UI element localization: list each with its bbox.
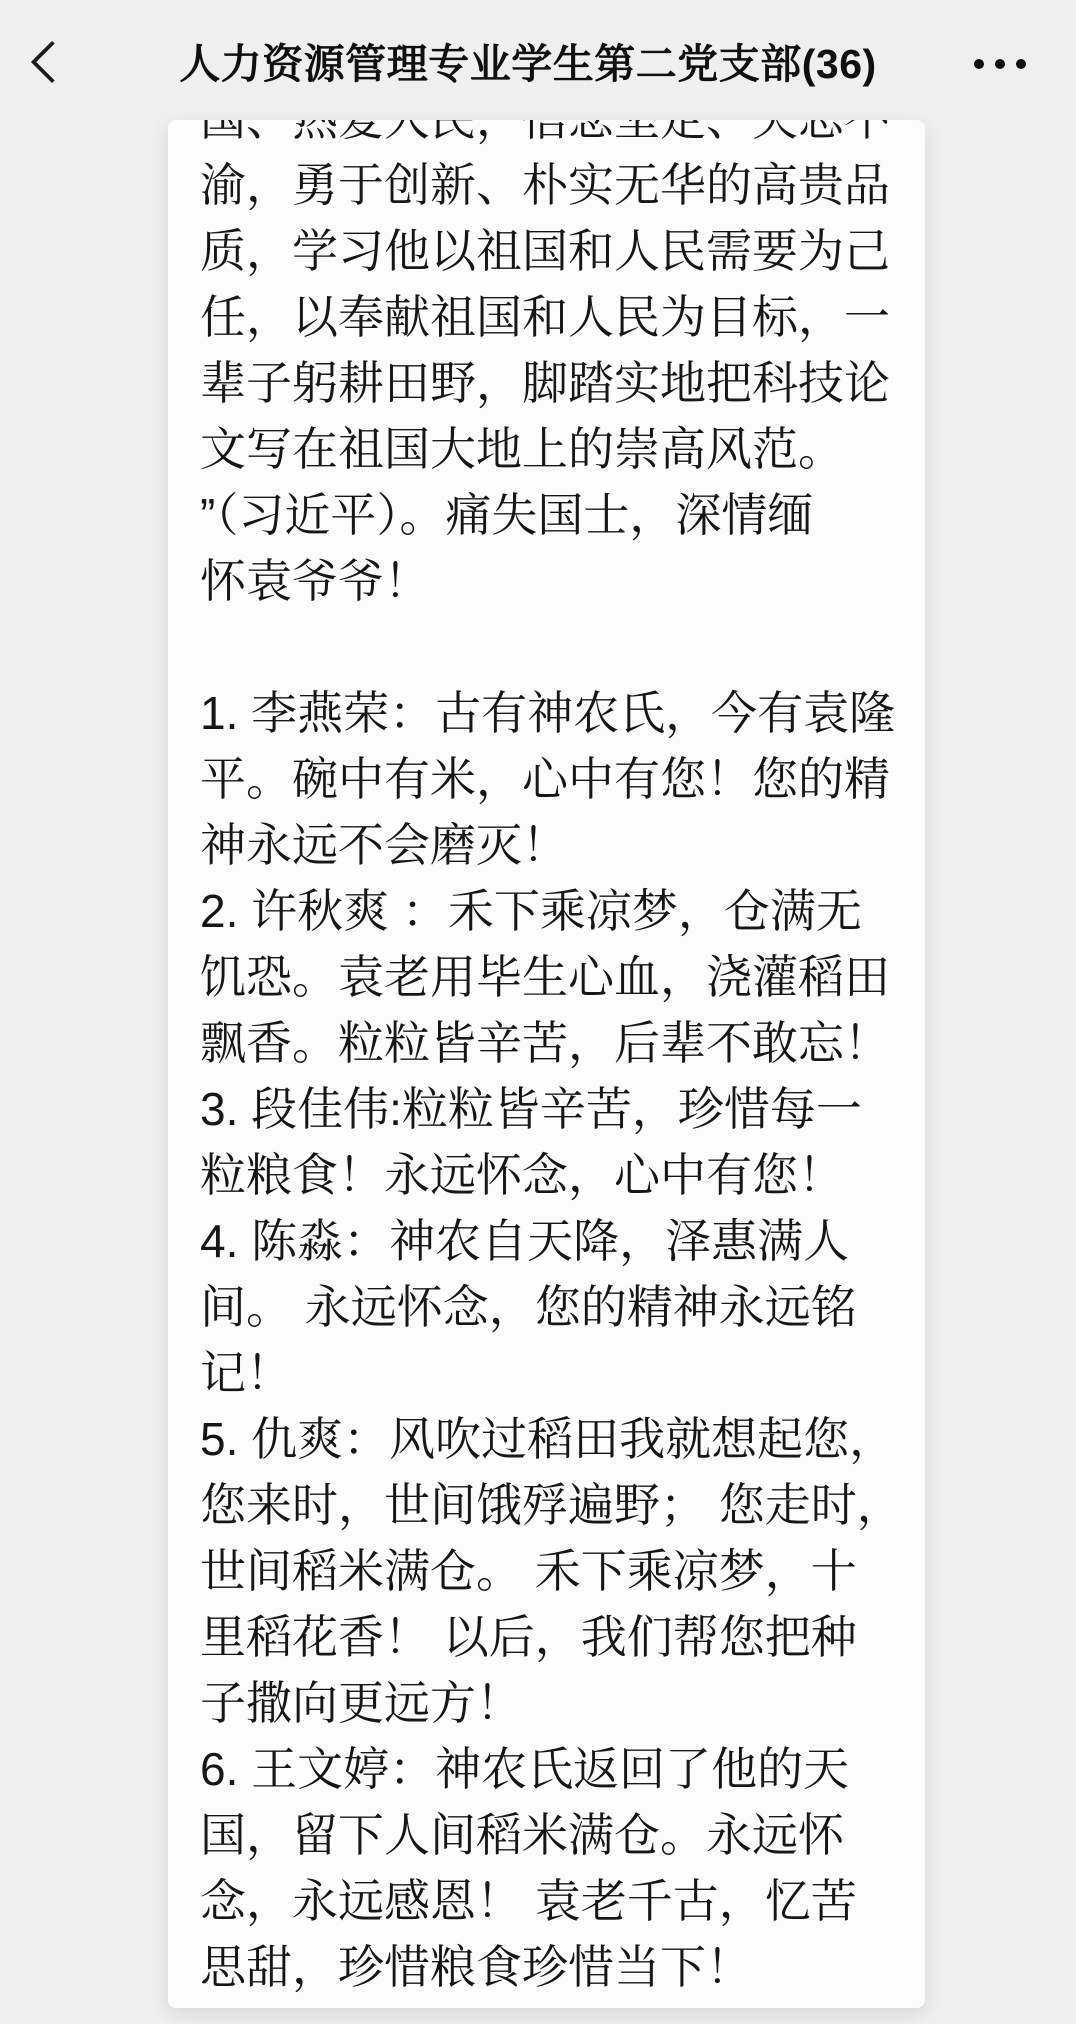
message-line: 飘香。粒粒皆辛苦，后辈不敢忘！ bbox=[200, 1010, 899, 1076]
more-button[interactable] bbox=[960, 36, 1040, 92]
message-line: 粒粮食！永远怀念，心中有您！ bbox=[200, 1142, 899, 1208]
message-line: 渝，勇于创新、朴实无华的高贵品 bbox=[200, 152, 899, 218]
message-line: 思甜，珍惜粮食珍惜当下！ bbox=[200, 1934, 899, 2000]
message-line: 国，留下人间稻米满仓。永远怀 bbox=[200, 1802, 899, 1868]
message-line: 辈子躬耕田野，脚踏实地把科技论 bbox=[200, 350, 899, 416]
message-line: 5. 仇爽：风吹过稻田我就想起您， bbox=[200, 1406, 899, 1472]
message-line: 子撒向更远方！ bbox=[200, 1670, 899, 1736]
ellipsis-icon bbox=[974, 59, 984, 69]
message-line: 里稻花香！ 以后，我们帮您把种 bbox=[200, 1604, 899, 1670]
message-line: 神永远不会磨灭！ bbox=[200, 812, 899, 878]
message-line: 6. 王文婷：神农氏返回了他的天 bbox=[200, 1736, 899, 1802]
message-line: 质，学习他以祖国和人民需要为己 bbox=[200, 218, 899, 284]
message-line: 3. 段佳伟:粒粒皆辛苦，珍惜每一 bbox=[200, 1076, 899, 1142]
message-line: 怀袁爷爷！ bbox=[200, 548, 899, 614]
message-line: 间。 永远怀念，您的精神永远铭 bbox=[200, 1274, 899, 1340]
ellipsis-icon bbox=[995, 59, 1005, 69]
wechat-group-chat-screen: { "header": { "title": "人力资源管理专业学生第二党支部(… bbox=[0, 0, 1076, 2024]
message-text: 国、热爱人民，信念坚定、矢志不 渝，勇于创新、朴实无华的高贵品 质，学习他以祖国… bbox=[168, 120, 925, 2000]
message-line: 4. 陈淼：神农自天降，泽惠满人 bbox=[200, 1208, 899, 1274]
ellipsis-icon bbox=[1016, 59, 1026, 69]
back-button[interactable] bbox=[22, 26, 82, 98]
chevron-left-icon bbox=[31, 41, 73, 83]
message-line: 平。碗中有米，心中有您！您的精 bbox=[200, 746, 899, 812]
message-line: 饥恐。袁老用毕生心血，浇灌稻田 bbox=[200, 944, 899, 1010]
message-line: 2. 许秋爽 ：禾下乘凉梦，仓满无 bbox=[200, 878, 899, 944]
chat-title: 人力资源管理专业学生第二党支部(36) bbox=[90, 34, 966, 94]
message-line: 记！ bbox=[200, 1340, 899, 1406]
message-line: 世间稻米满仓。 禾下乘凉梦，十 bbox=[200, 1538, 899, 1604]
message-line: 念，永远感恩！ 袁老千古，忆苦 bbox=[200, 1868, 899, 1934]
chat-header: 人力资源管理专业学生第二党支部(36) bbox=[0, 0, 1076, 120]
message-line: 您来时，世间饿殍遍野； 您走时， bbox=[200, 1472, 899, 1538]
selected-message-sheet[interactable]: 国、热爱人民，信念坚定、矢志不 渝，勇于创新、朴实无华的高贵品 质，学习他以祖国… bbox=[168, 120, 925, 2008]
message-line-blank bbox=[200, 614, 899, 680]
message-line: 国、热爱人民，信念坚定、矢志不 bbox=[200, 120, 899, 152]
message-line: 任，以奉献祖国和人民为目标，一 bbox=[200, 284, 899, 350]
message-line: 文写在祖国大地上的崇高风范。 bbox=[200, 416, 899, 482]
message-line: 1. 李燕荣：古有神农氏，今有袁隆 bbox=[200, 680, 899, 746]
message-line: ”（习近平）。痛失国士，深情缅 bbox=[200, 482, 899, 548]
